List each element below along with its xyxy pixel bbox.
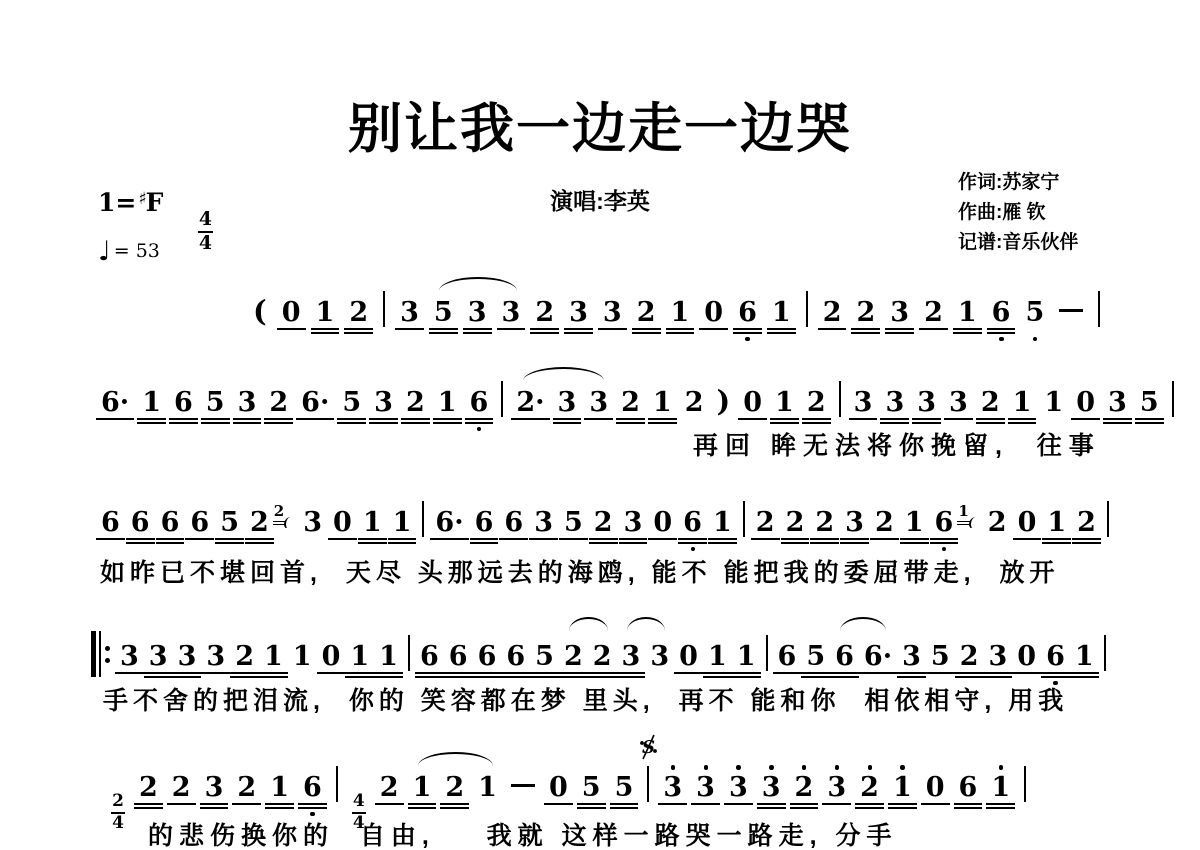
note-number: 2 — [593, 641, 612, 672]
note: 2 — [988, 509, 1007, 536]
note-number: 3 — [238, 387, 257, 418]
beam-line — [699, 328, 728, 330]
beam-line — [259, 676, 288, 678]
beam-line — [1135, 422, 1164, 424]
note-number: 3 — [650, 641, 669, 672]
beam-line — [200, 803, 229, 805]
beam-line — [912, 422, 941, 424]
note-number: 3 — [534, 507, 553, 538]
beam-line — [317, 672, 346, 674]
note-number: 2 — [981, 387, 1000, 418]
beam-line — [801, 676, 830, 678]
note-number: 2· — [516, 387, 544, 418]
note-number: 1 — [671, 297, 690, 328]
beam-line — [986, 803, 1015, 805]
slur-arc — [523, 367, 604, 381]
barline — [743, 501, 745, 537]
repeat-dot — [105, 646, 110, 651]
note: 3 — [949, 389, 968, 416]
note: 1 — [350, 643, 369, 670]
note-number: 3 — [729, 772, 748, 803]
note-number: 2 — [172, 772, 191, 803]
barline — [1107, 501, 1109, 537]
beam-line — [433, 422, 462, 424]
note: 1 — [905, 509, 924, 536]
note: 2 — [380, 774, 399, 801]
note-number: 3 — [303, 507, 322, 538]
note-number: 2 — [786, 507, 805, 538]
lyrics-line: 手不舍的把泪流, 你的 笑容都在梦 里头, 再不 能和你 相依相守, 用我 — [103, 681, 1068, 717]
beam-line — [921, 803, 950, 805]
beam-line — [470, 538, 499, 540]
note: 6 — [959, 774, 978, 801]
beam-line — [1070, 676, 1099, 678]
note: 3 — [663, 774, 682, 801]
note-number: 6 — [778, 641, 797, 672]
high-octave-dot — [868, 765, 873, 770]
beam-line — [559, 676, 588, 678]
note: 3 — [827, 774, 846, 801]
note: 1 — [1013, 389, 1032, 416]
grace-note: 2 — [274, 503, 295, 529]
note: 3 — [885, 389, 904, 416]
beam-line — [1135, 418, 1164, 420]
beam-line — [897, 672, 926, 674]
note-number: 6 — [935, 507, 954, 538]
note-number: 2 — [594, 507, 613, 538]
beam-line — [215, 542, 244, 544]
note-number: 6 — [506, 641, 525, 672]
grace-tie-icon — [284, 517, 295, 529]
beam-line — [501, 676, 530, 678]
beam-line — [233, 422, 262, 424]
beam-line — [987, 328, 1016, 330]
note: 2 — [795, 774, 814, 801]
note: 1 — [1075, 643, 1094, 670]
notation-line: 6·165326·532162·33212)0123333211035 — [101, 381, 1174, 423]
beam-line — [1103, 422, 1132, 424]
note-number: 6 — [738, 297, 757, 328]
note: 1 — [142, 389, 161, 416]
note-number: 2 — [924, 297, 943, 328]
note: 2 — [237, 774, 256, 801]
beam-line — [311, 332, 340, 334]
note-number: 3 — [468, 297, 487, 328]
time-sig-numerator: 4 — [353, 793, 365, 811]
note: 1 — [478, 774, 497, 801]
note-number: 6· — [864, 641, 892, 672]
time-signature: 24 — [111, 793, 125, 833]
note-number: 2 — [807, 387, 826, 418]
note: 3 — [502, 299, 521, 326]
beam-line — [855, 807, 884, 809]
note: 6 — [935, 509, 954, 536]
beam-line — [658, 803, 687, 805]
beam-line — [810, 538, 839, 540]
note: 2 — [756, 509, 775, 536]
note-number: 6· — [101, 387, 129, 418]
note-number: 2 — [535, 297, 554, 328]
note: 6 — [683, 509, 702, 536]
note-number: 6 — [992, 297, 1011, 328]
note: 3 — [729, 774, 748, 801]
high-octave-dot — [671, 765, 676, 770]
dash-note — [1059, 309, 1083, 313]
beam-line — [732, 672, 761, 674]
beam-line — [245, 538, 274, 540]
beam-line — [375, 803, 404, 805]
beam-line — [589, 542, 618, 544]
note: 2 — [637, 299, 656, 326]
beam-line — [830, 676, 859, 678]
high-octave-dot — [769, 765, 774, 770]
note: 0 — [679, 643, 698, 670]
beam-line — [115, 672, 144, 674]
note-number: 1 — [772, 297, 791, 328]
note-number: 2 — [406, 387, 425, 418]
note: 3 — [569, 299, 588, 326]
beam-line — [851, 328, 880, 330]
grace-note-number: 1 — [958, 504, 968, 519]
note-number: 3 — [502, 297, 521, 328]
note-number: 1 — [264, 641, 283, 672]
note: 1 — [438, 389, 457, 416]
note-number: 6· — [435, 507, 463, 538]
beam-line — [589, 538, 618, 540]
beam-line — [328, 538, 357, 540]
segno-icon: S — [639, 734, 658, 765]
beam-line — [167, 803, 196, 805]
beam-line — [632, 328, 661, 330]
beam-line — [440, 807, 469, 809]
note: 3 — [854, 389, 873, 416]
beam-line — [885, 328, 914, 330]
note-number: 1 — [270, 772, 289, 803]
note-number: 0 — [282, 297, 301, 328]
beam-line — [137, 422, 166, 424]
note-number: 2 — [380, 772, 399, 803]
beam-line — [564, 328, 593, 330]
beam-line — [374, 672, 403, 674]
note-number: 5 — [1140, 387, 1159, 418]
barline — [383, 291, 385, 327]
barline — [839, 381, 841, 417]
note: 3 — [622, 643, 641, 670]
note-number: 1 — [991, 772, 1010, 803]
note: 1 — [264, 643, 283, 670]
beam-line — [137, 418, 166, 420]
beam-line — [126, 542, 155, 544]
note-number: 6 — [420, 641, 439, 672]
beam-line — [598, 328, 627, 330]
beam-line — [337, 422, 366, 424]
slur-arc — [627, 617, 665, 631]
beam-line — [233, 418, 262, 420]
note-number: 2 — [139, 772, 158, 803]
beam-line — [559, 672, 588, 674]
repeat-thick-bar — [91, 631, 96, 677]
repeat-dots — [105, 646, 110, 663]
note-number: 3 — [989, 641, 1008, 672]
low-octave-dot — [1033, 337, 1038, 342]
barline — [501, 381, 503, 417]
note: 1 — [363, 509, 382, 536]
low-octave-dot — [691, 547, 696, 552]
note-number: 2 — [815, 507, 834, 538]
note-number: 2 — [875, 507, 894, 538]
note: 6· — [435, 509, 463, 536]
note: 2 — [924, 299, 943, 326]
beam-line — [897, 676, 926, 678]
note: 5 — [220, 509, 239, 536]
beam-line — [666, 328, 695, 330]
note-number: 0 — [1017, 641, 1036, 672]
note: 3 — [178, 643, 197, 670]
note-number: 2 — [445, 772, 464, 803]
note: 3 — [205, 774, 224, 801]
note: 6· — [101, 389, 129, 416]
beam-line — [880, 422, 909, 424]
beam-line — [96, 418, 134, 420]
note: 1 — [270, 774, 289, 801]
note-number: 5 — [582, 772, 601, 803]
barline — [806, 291, 808, 327]
beam-line — [678, 542, 707, 544]
beam-line — [369, 418, 398, 420]
note: 2 — [593, 643, 612, 670]
repeat-dot — [105, 658, 110, 663]
note: 6 — [738, 299, 757, 326]
beam-line — [770, 418, 799, 420]
beam-line — [559, 538, 588, 540]
note-number: 0 — [322, 641, 341, 672]
note-number: 3 — [663, 772, 682, 803]
intro-paren: ) — [717, 387, 731, 416]
beam-line — [781, 542, 810, 544]
note-number: 6 — [478, 641, 497, 672]
sheet-music-page: 别让我一边走一边哭 演唱:李英 作词:苏家宁 作曲:雁 钦 记谱:音乐伙伴 1=… — [0, 0, 1200, 850]
note-number: 3 — [206, 641, 225, 672]
note: 3 — [650, 643, 669, 670]
note: 0 — [282, 299, 301, 326]
beam-line — [584, 418, 613, 420]
note-number: 5 — [342, 387, 361, 418]
beam-line — [632, 332, 661, 334]
note-number: 1 — [905, 507, 924, 538]
grace-beam — [273, 524, 285, 526]
beam-line — [530, 328, 559, 330]
note-number: 1 — [1047, 507, 1066, 538]
note-number: 6 — [475, 507, 494, 538]
note-number: 1 — [653, 387, 672, 418]
note-number: 2 — [988, 507, 1007, 538]
beam-line — [900, 538, 929, 540]
beam-line — [953, 328, 982, 330]
beam-line — [757, 807, 786, 809]
beam-line — [954, 807, 983, 809]
note-number: 3 — [624, 507, 643, 538]
high-octave-dot — [802, 765, 807, 770]
note-number: 0 — [1076, 387, 1095, 418]
beam-line — [767, 328, 796, 330]
note-number: 1 — [775, 387, 794, 418]
note: 2 — [139, 774, 158, 801]
note-number: 2 — [235, 641, 254, 672]
beam-line — [801, 672, 830, 674]
note-number: 5 — [1025, 297, 1044, 328]
beam-line — [588, 672, 617, 674]
beam-line — [577, 803, 606, 805]
beam-line — [577, 807, 606, 809]
note: 6 — [449, 643, 468, 670]
note: 6 — [475, 509, 494, 536]
repeat-start-sign — [91, 631, 110, 677]
note: 6 — [835, 643, 854, 670]
note: 3 — [149, 643, 168, 670]
beam-line — [984, 672, 1013, 674]
beam-line — [930, 538, 959, 540]
beam-line — [830, 672, 859, 674]
beam-line — [859, 672, 897, 674]
note-number: 6 — [1046, 641, 1065, 672]
note-number: 2 — [564, 641, 583, 672]
beam-line — [374, 676, 403, 678]
note: 2 — [860, 774, 879, 801]
note: 1 — [393, 509, 412, 536]
note: 5 — [206, 389, 225, 416]
beam-line — [156, 542, 185, 544]
low-octave-dot — [942, 547, 947, 552]
beam-line — [201, 422, 230, 424]
beam-line — [215, 538, 244, 540]
note: 6 — [1046, 643, 1065, 670]
note-number: 6 — [303, 772, 322, 803]
beam-line — [169, 422, 198, 424]
note-number: 2 — [250, 507, 269, 538]
notation-line: 33332110116666522330116566·3523061 — [91, 631, 1106, 673]
beam-line — [345, 676, 374, 678]
beam-line — [440, 803, 469, 805]
note-number: 6· — [301, 387, 329, 418]
beam-line — [648, 538, 677, 540]
note-number: 1 — [293, 641, 312, 672]
note-number: 2 — [823, 297, 842, 328]
grace-beam — [957, 521, 969, 523]
beam-line — [953, 332, 982, 334]
note: 1 — [671, 299, 690, 326]
barline — [1098, 291, 1100, 327]
note-number: 3 — [854, 387, 873, 418]
note-number: 6 — [504, 507, 523, 538]
time-sig-denominator: 4 — [112, 815, 124, 833]
beam-line — [790, 803, 819, 805]
beam-line — [530, 332, 559, 334]
beam-line — [1103, 418, 1132, 420]
beam-line — [544, 803, 573, 805]
note: 3 — [374, 389, 393, 416]
note-number: 5 — [434, 297, 453, 328]
note-number: 3 — [178, 641, 197, 672]
beam-line — [311, 328, 340, 330]
beam-line — [888, 807, 917, 809]
note-number: 0 — [1018, 507, 1037, 538]
beam-line — [616, 422, 645, 424]
barline — [408, 635, 410, 671]
note: 2 — [875, 509, 894, 536]
beam-line — [619, 542, 648, 544]
beam-line — [369, 422, 398, 424]
note: 3 — [603, 299, 622, 326]
note-number: 1 — [438, 387, 457, 418]
note-number: 3 — [949, 387, 968, 418]
note-number: 5 — [806, 641, 825, 672]
note: 3 — [1108, 389, 1127, 416]
beam-line — [617, 672, 646, 674]
note: 1 — [991, 774, 1010, 801]
note: 5 — [564, 509, 583, 536]
note: 6 — [190, 509, 209, 536]
beam-line — [919, 328, 948, 330]
beam-line — [849, 418, 878, 420]
beam-line — [463, 332, 492, 334]
slur-arc — [439, 277, 517, 291]
note: 2 — [960, 643, 979, 670]
note: 2 — [250, 509, 269, 536]
note: 2 — [406, 389, 425, 416]
beam-line — [264, 418, 293, 420]
lyrics-line: 如昨已不堪回首, 天尽 头那远去的海鸥, 能不 能把我的委屈带走, 放开 — [100, 553, 1059, 589]
beam-line — [619, 538, 648, 540]
note-number: 3 — [827, 772, 846, 803]
beam-line — [840, 542, 869, 544]
note: 5 — [1140, 389, 1159, 416]
beam-line — [1012, 672, 1041, 674]
intro-paren: ( — [253, 297, 267, 326]
beam-line — [1041, 676, 1070, 678]
note-number: 1 — [1044, 387, 1063, 418]
note-number: 2 — [1077, 507, 1096, 538]
barline — [422, 501, 424, 537]
note: 1 — [293, 643, 312, 670]
beam-line — [298, 803, 327, 805]
note-number: 3 — [917, 387, 936, 418]
note-number: 1 — [958, 297, 977, 328]
note: 2 — [269, 389, 288, 416]
beam-line — [617, 676, 646, 678]
note: 2 — [445, 774, 464, 801]
beam-line — [134, 803, 163, 805]
note: 3 — [762, 774, 781, 801]
note-number: 2 — [637, 297, 656, 328]
beam-line — [230, 676, 259, 678]
beam-line — [169, 418, 198, 420]
note: 3 — [468, 299, 487, 326]
note: 0 — [1017, 643, 1036, 670]
note-number: 3 — [762, 772, 781, 803]
beam-line — [885, 332, 914, 334]
beam-line — [1013, 538, 1042, 540]
beam-line — [870, 538, 899, 540]
note: 0 — [322, 643, 341, 670]
beam-line — [245, 542, 274, 544]
note-number: 6 — [131, 507, 150, 538]
beam-line — [511, 418, 549, 420]
beam-line — [767, 332, 796, 334]
beam-line — [840, 538, 869, 540]
note: 2 — [685, 389, 704, 416]
beam-line — [444, 676, 473, 678]
note: 6 — [778, 643, 797, 670]
